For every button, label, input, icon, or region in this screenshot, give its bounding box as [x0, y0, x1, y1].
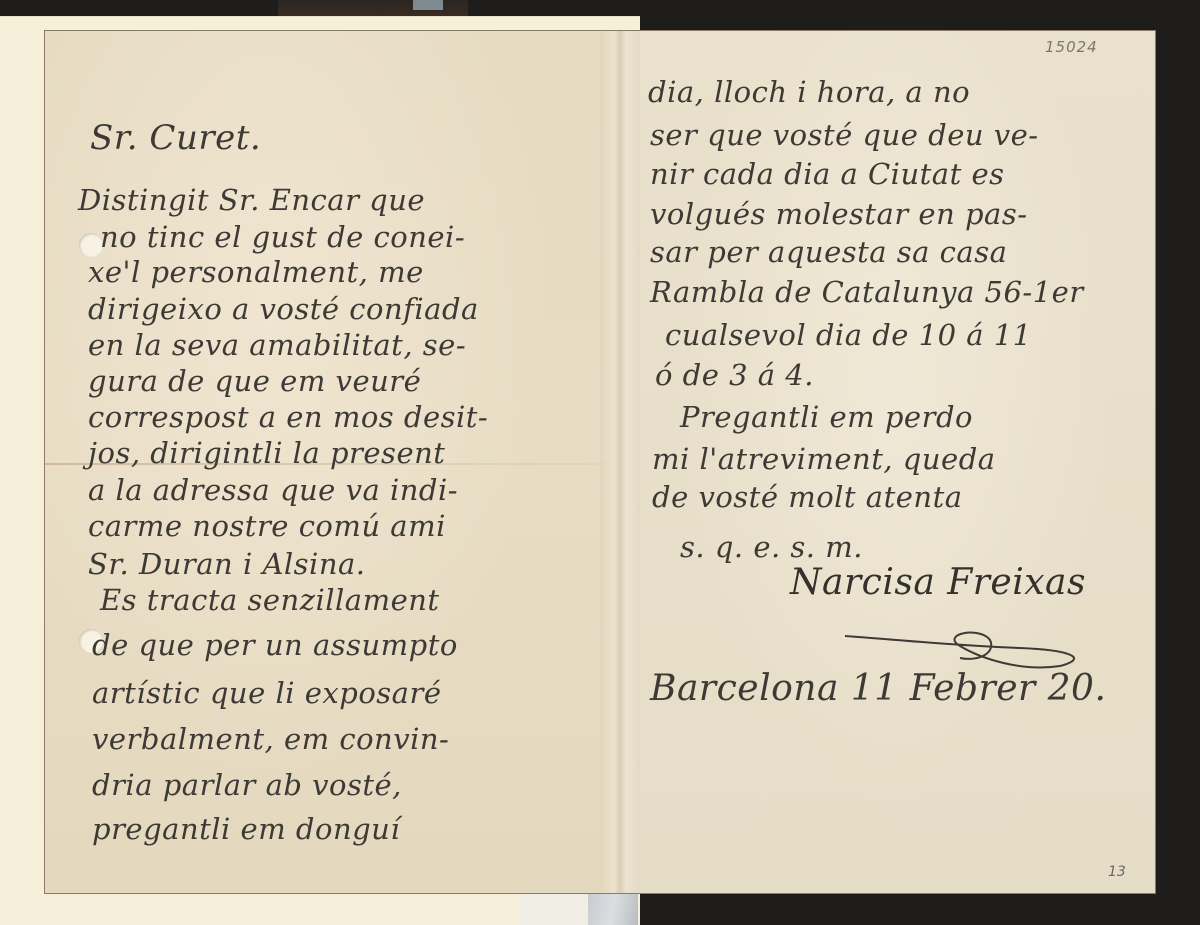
letter-line: sar per aquesta sa casa	[650, 235, 1007, 269]
letter-line: ó de 3 á 4.	[655, 358, 814, 392]
place-and-date: Barcelona 11 Febrer 20.	[650, 668, 1106, 709]
letter-line: jos, dirigintli la present	[88, 436, 445, 470]
letter-line: de que per un assumpto	[92, 628, 458, 662]
letter-line: dia, lloch i hora, a no	[648, 75, 970, 109]
spine-ribbon	[413, 0, 443, 10]
letter-line: gura de que em veuré	[88, 364, 421, 398]
backing-page-edge	[520, 893, 590, 925]
letter-line: nir cada dia a Ciutat es	[650, 157, 1005, 191]
letter-line: en la seva amabilitat, se-	[88, 328, 466, 362]
letter-line: a la adressa que va indi-	[88, 473, 458, 507]
letter-line: verbalment, em convin-	[92, 722, 449, 756]
letter-line: dirigeixo a vosté confiada	[88, 292, 479, 326]
letter-line: carme nostre comú ami	[88, 509, 446, 543]
letter-line: mi l'atreviment, queda	[652, 442, 996, 476]
letter-line: artístic que li exposaré	[92, 676, 441, 710]
center-fold	[600, 31, 640, 893]
letter-line: Distingit Sr. Encar que	[78, 183, 425, 217]
letter-line: xe'l personalment, me	[88, 255, 424, 289]
letter-line: cualsevol dia de 10 á 11	[665, 318, 1032, 352]
letter-line: Es tracta senzillament	[100, 583, 440, 617]
letter-line: ser que vosté que deu ve-	[650, 118, 1039, 152]
letter-line: pregantli em donguí	[92, 812, 400, 846]
letter-line: Pregantli em perdo	[680, 400, 973, 434]
letter-line: dria parlar ab vosté,	[92, 768, 402, 802]
letter-line: Sr. Duran i Alsina.	[88, 547, 366, 581]
page-number: 13	[1108, 864, 1126, 880]
letter-line: Rambla de Catalunya 56-1er	[650, 275, 1084, 309]
salutation: Sr. Curet.	[90, 118, 261, 158]
letter-line: correspost a en mos desit-	[88, 400, 488, 434]
archive-number: 15024	[1045, 38, 1098, 56]
closing-abbreviation: s. q. e. s. m.	[680, 530, 863, 564]
bookmark-strip	[588, 893, 638, 925]
letter-line: volgués molestar en pas-	[650, 197, 1028, 231]
letter-line: de vosté molt atenta	[652, 480, 963, 514]
signature: Narcisa Freixas	[790, 562, 1086, 603]
letter-line: no tinc el gust de conei-	[100, 220, 465, 254]
